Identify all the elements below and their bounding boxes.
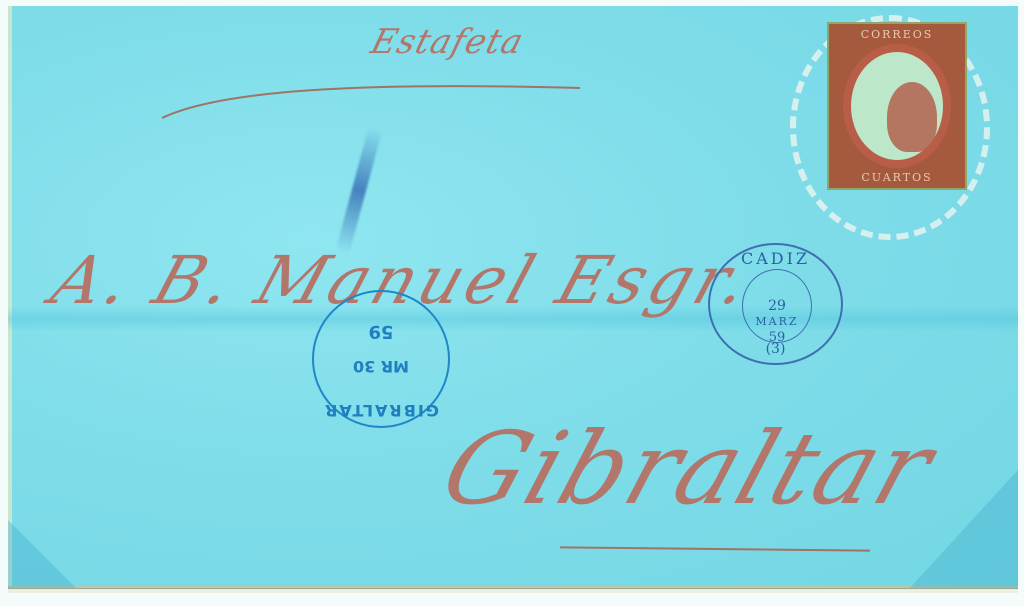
postmark-town: CADIZ (710, 249, 841, 268)
postmark-town: GIBRALTAR (314, 401, 448, 420)
postmark-date: MR 30 (314, 357, 448, 376)
postmark-month: MARZ (743, 315, 811, 328)
postage-stamp: CORREOS CUARTOS (827, 22, 967, 190)
postmark-inner-ring: 29 MARZ 59 (742, 269, 812, 343)
postmark-gibraltar: GIBRALTAR MR 30 59 (312, 290, 450, 428)
routing-note: Estafeta (367, 22, 529, 62)
postmark-cadiz: CADIZ 29 MARZ 59 (3) (708, 243, 843, 365)
corner-shadow-left (8, 520, 78, 590)
stamp-portrait-frame (843, 44, 951, 168)
stamp-top-text: CORREOS (829, 28, 965, 41)
postmark-number: (3) (710, 341, 841, 357)
destination: Gibraltar (429, 410, 948, 527)
bottom-edge (8, 588, 1018, 593)
portrait-icon (887, 82, 937, 152)
corner-shadow-right (908, 470, 1018, 590)
routing-note-flourish (160, 80, 590, 120)
stamp-bottom-text: CUARTOS (829, 171, 965, 184)
postmark-year: 59 (314, 321, 448, 342)
postmark-day: 29 (743, 298, 811, 314)
